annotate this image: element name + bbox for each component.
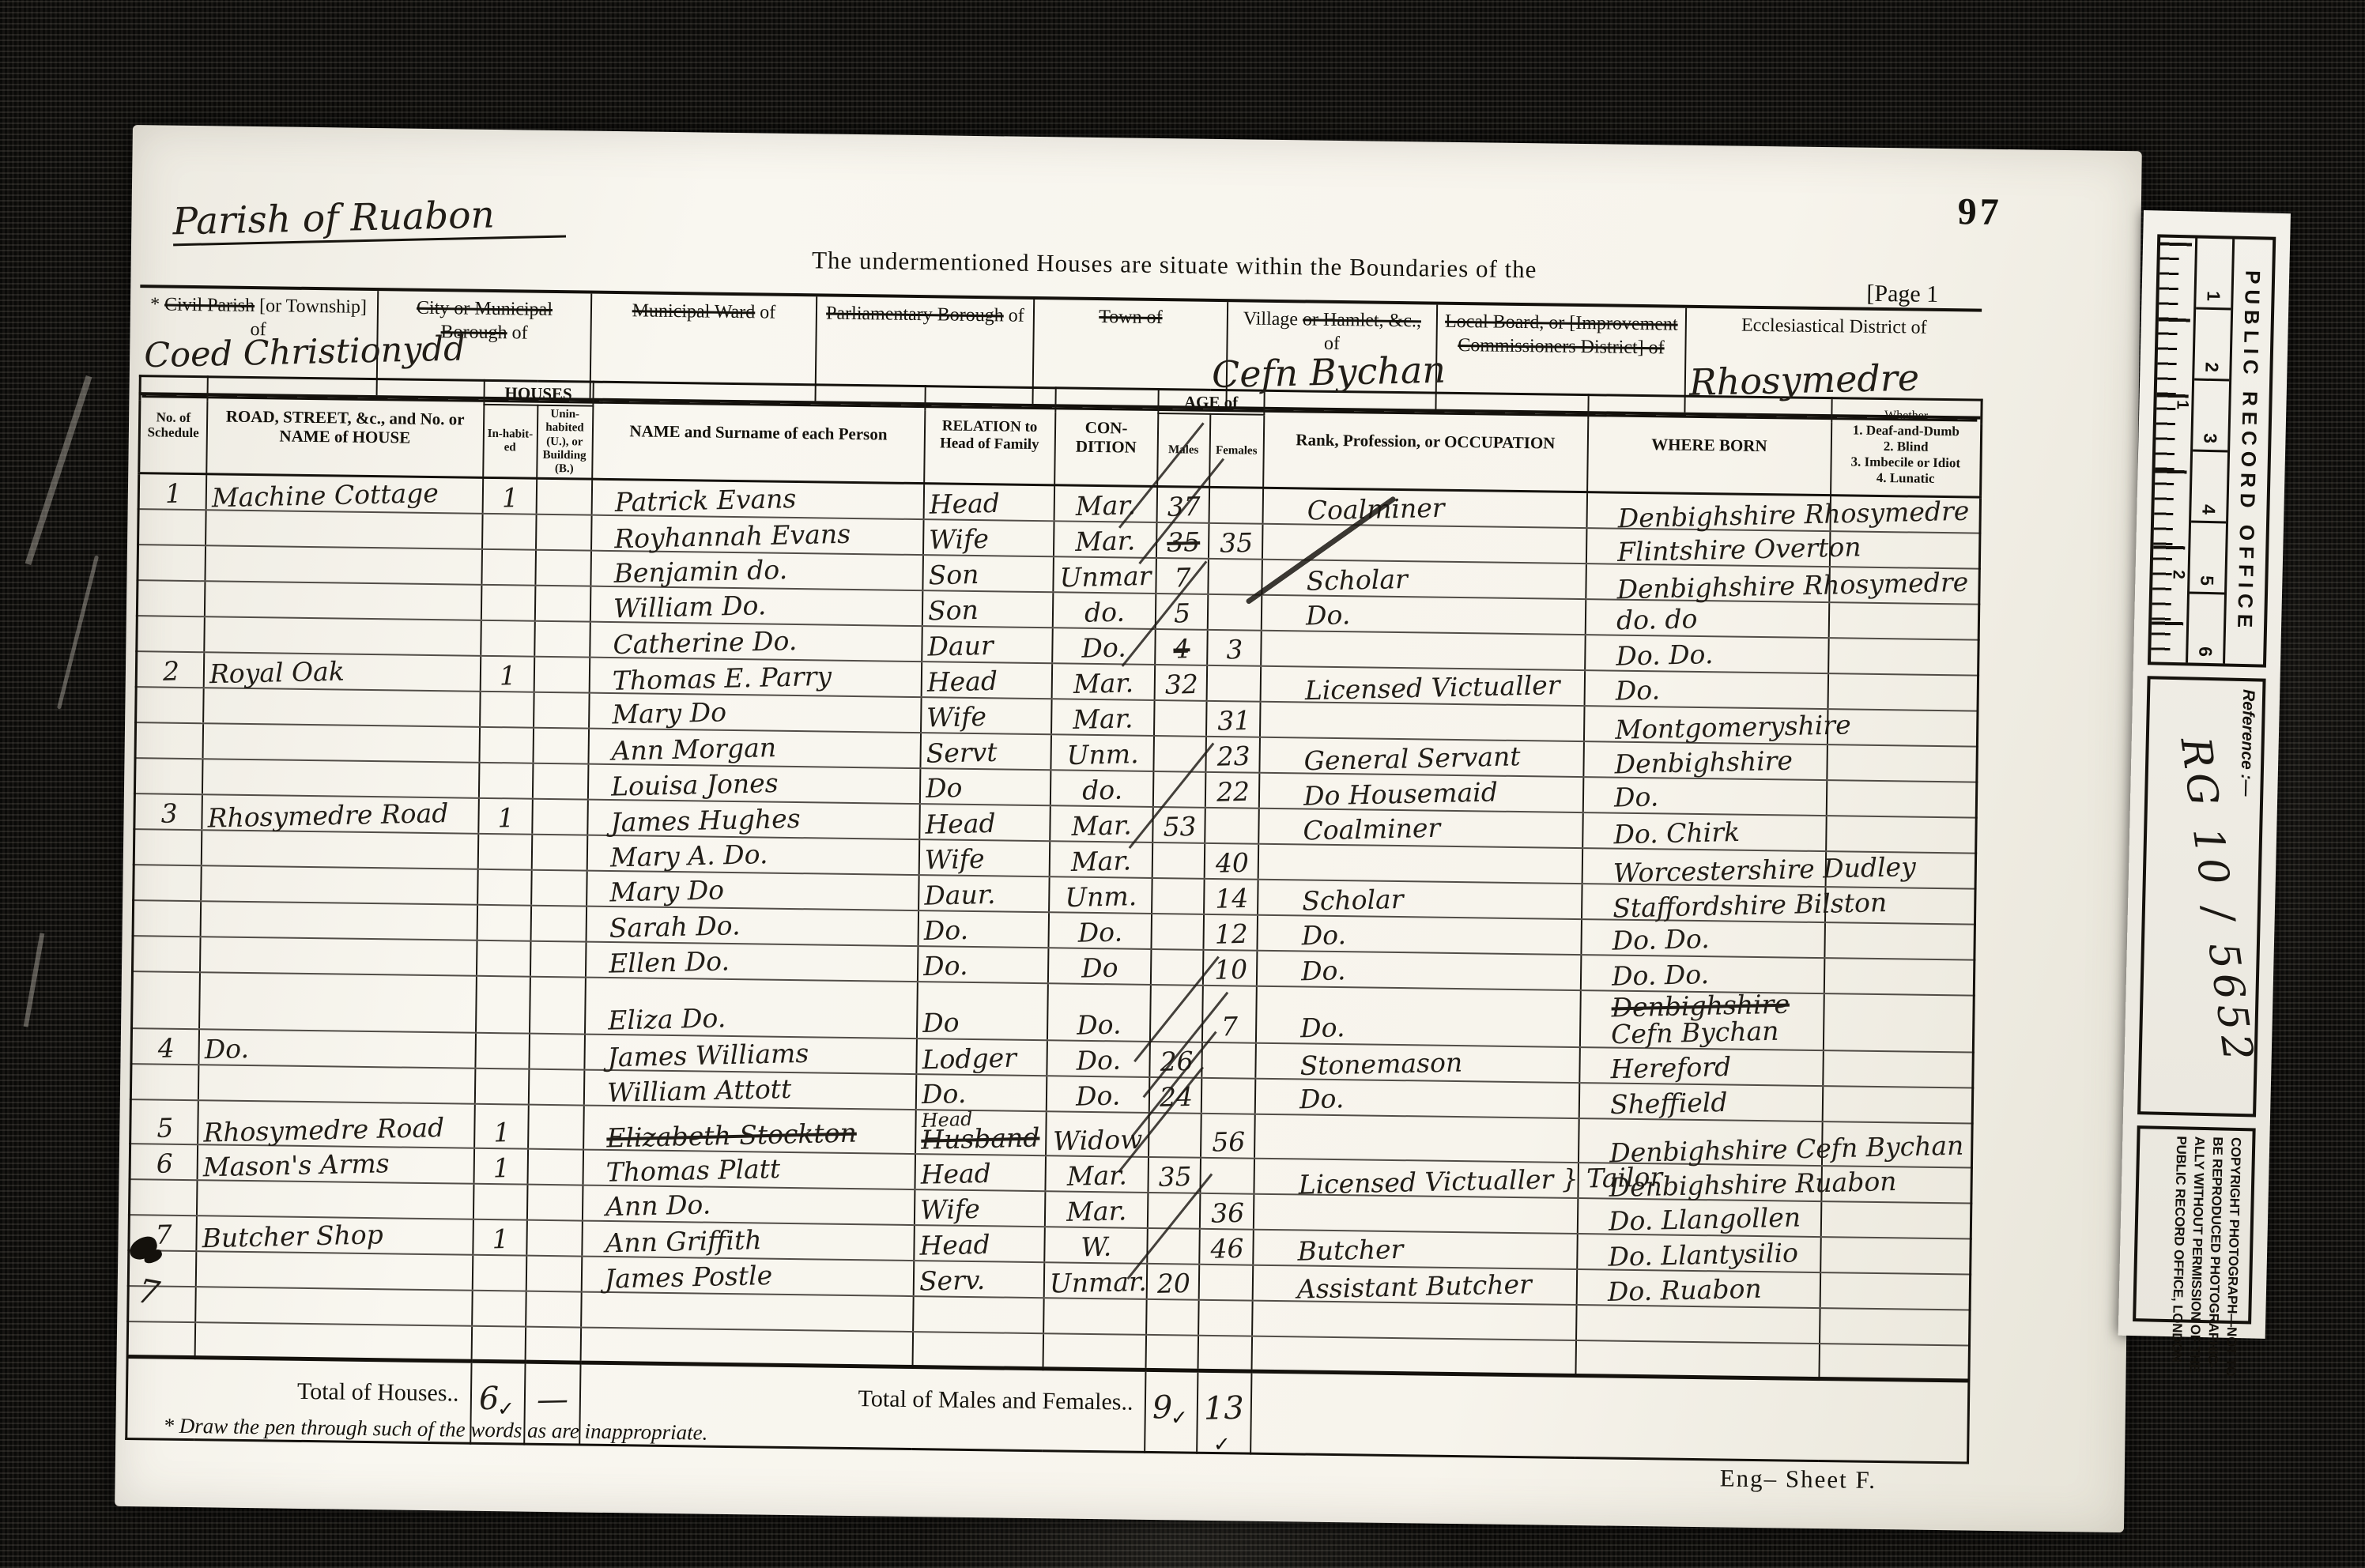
cell-where-born: do. do [1585,599,1829,638]
cell-age-female: 23 [1205,737,1260,773]
cell-house [201,865,478,905]
cell-relation: Servt [920,733,1051,770]
cell-condition: Mar. [1051,663,1155,700]
cell-age-female: 22 [1205,772,1259,808]
cell-where-born: Sheffield [1579,1083,1823,1121]
cell-relation: HeadHusband [915,1110,1047,1155]
cell-inhabited [477,905,531,941]
cell-relation [913,1296,1044,1333]
cell-where-born: Denbighshire Rhosymedre [1586,563,1830,602]
cell-age-male [1146,1299,1199,1336]
cell-age-female: 14 [1204,879,1258,915]
col-header-uninhabited: Unin-habited (U.), or Building (B.) [537,405,593,480]
ruler-cell: 5 [2190,522,2226,594]
cell-condition: Unm. [1049,876,1152,914]
cell-uninhabited [526,1256,582,1292]
total-females: 13✓ [1197,1371,1251,1454]
cell-relation: Head [919,804,1050,841]
cell-name: Benjamin do. [590,551,923,590]
cell-where-born: Denbighshire [1583,741,1827,780]
cell-where-born: Do. Do. [1581,919,1825,958]
cell-inhabited [475,1033,530,1069]
cell-infirmity [1826,780,1977,817]
cell-age-male: 35 [1156,522,1209,559]
cell-house [204,616,481,656]
cell-age-male [1149,1113,1201,1158]
cell-name: Ann Griffith [582,1220,915,1260]
cell-relation: Do [919,768,1050,805]
cell-infirmity [1823,1050,1974,1087]
cell-schedule [137,580,205,616]
cell-where-born: Flintshire Overton [1586,528,1830,567]
cell-occupation: Assistant Butcher [1252,1265,1577,1305]
cell-house: Mason's Arms [197,1144,474,1184]
header-box-label: Ecclesiastical District of [1693,313,1975,341]
cell-infirmity [1820,1237,1971,1274]
cell-inhabited [479,727,534,763]
cell-relation: Daur [922,626,1053,663]
cell-infirmity [1828,602,1979,639]
cell-infirmity [1819,1344,1970,1381]
cell-relation: Head [923,484,1054,521]
cell-schedule [133,900,201,937]
cell-name: William Do. [590,586,922,626]
cell-age-male: 4 [1155,629,1208,665]
cell-schedule [127,1321,195,1358]
cell-relation: Daur. [918,875,1050,912]
cell-name: Louisa Jones [587,763,920,803]
cell-schedule [129,1179,197,1216]
cell-uninhabited [528,1105,584,1150]
reference-box: Reference :— RG 10 / 5652 [2137,676,2266,1117]
col-header-road: ROAD, STREET, &c., and No. or NAME of HO… [206,377,485,478]
cell-house: Royal Oak [203,652,481,692]
cell-infirmity [1822,1086,1973,1123]
cell-age-female [1205,808,1259,844]
col-header-relation: RELATION to Head of Family [924,386,1056,486]
cell-inhabited [473,1184,527,1220]
ruler-cell: 6 [2188,594,2224,663]
cell-occupation: Do. [1255,986,1580,1047]
cell-relation: Wife [918,839,1050,876]
cell-inhabited [478,763,533,799]
infirmity-item: 4. Lunatic [1833,470,1978,488]
cell-occupation: Licensed Victualler [1260,666,1585,706]
cell-occupation: Stonemason [1255,1043,1580,1083]
ruler-cell: 3 [2193,381,2229,453]
pro-film-label: PUBLIC RECORD OFFICE 123456 1 2 Referenc… [2118,210,2291,1339]
cell-schedule [132,971,200,1029]
cell-condition: do. [1052,592,1156,629]
cell-uninhabited [529,977,585,1035]
cell-name: Mary A. Do. [587,835,919,874]
cell-where-born: Do. Chirk [1582,812,1827,851]
cell-relation: Son [922,555,1054,592]
cell-schedule: 4 [131,1028,199,1065]
cell-uninhabited [534,586,590,622]
check-icon: ✓ [1213,1433,1231,1457]
cell-condition: Mar. [1051,699,1155,736]
cell-age-female: 46 [1199,1229,1254,1265]
cell-name [581,1291,914,1331]
cell-relation: Head [914,1225,1045,1262]
cell-schedule [138,509,206,545]
cell-uninhabited [531,870,587,906]
col-header-occupation: Rank, Profession, or OCCUPATION [1263,390,1589,492]
cell-schedule [130,1064,198,1100]
ruler-cell: 4 [2191,451,2227,523]
cell-schedule [134,829,202,865]
cell-infirmity [1824,922,1975,959]
ruler-mark: 2 [2168,570,2187,579]
cell-age-female [1201,1078,1255,1114]
cell-schedule: 6 [130,1144,198,1180]
cell-infirmity [1824,958,1975,995]
cell-infirmity [1826,816,1977,853]
cell-name: Thomas E. Parry [589,658,922,697]
check-icon: ✓ [1171,1407,1188,1430]
header-box-label: Local Board, or [Improvement Commissione… [1443,310,1679,360]
cell-relation: Head [915,1154,1046,1191]
cell-uninhabited [531,835,587,871]
page-number: 97 [1957,190,2002,234]
cell-house [204,581,481,620]
cell-age-male [1152,878,1205,914]
cell-inhabited [481,549,536,586]
pro-ruler: PUBLIC RECORD OFFICE 123456 1 2 [2148,234,2276,667]
cell-age-female: 56 [1201,1114,1255,1159]
cell-uninhabited [536,514,592,551]
cell-age-male [1152,771,1205,808]
cell-age-female: 36 [1199,1193,1254,1230]
cell-schedule [132,936,200,972]
parish-handwritten: Parish of Ruabon [172,192,566,247]
cell-age-female: 31 [1206,701,1261,737]
cell-relation: Lodger [916,1038,1047,1076]
cell-occupation: Do. [1261,595,1586,635]
cell-age-female [1209,488,1263,524]
cell-name: Eliza Do. [585,977,918,1038]
col-header-inhabited: In-habit-ed [483,405,537,479]
totals-empty [1250,1372,1969,1464]
cell-occupation [1259,702,1584,741]
cell-condition: do. [1050,770,1153,807]
cell-house: Butcher Shop [196,1216,473,1255]
cell-age-male: 35 [1148,1157,1201,1193]
col-header-condition: CON-DITION [1054,388,1159,487]
cell-uninhabited [536,479,592,515]
cell-inhabited [477,834,532,870]
cell-name: Royhannah Evans [591,515,924,555]
cell-where-born: Denbighshire Cefn Bychan [1579,990,1824,1050]
col-header-schedule: No. of Schedule [139,376,208,474]
cell-house [195,1251,473,1291]
cell-inhabited: 1 [474,1104,529,1149]
cell-where-born: Do. [1584,670,1828,709]
cell-condition: Do. [1046,1076,1149,1113]
cell-inhabited [472,1255,526,1291]
cell-age-male: 32 [1154,665,1207,701]
cell-schedule: 3 [134,793,202,830]
sheet-label: Eng– Sheet F. [1720,1464,1877,1494]
col-header-houses: HOUSES [484,380,593,405]
cell-uninhabited [528,1069,584,1106]
cell-inhabited: 1 [480,656,534,692]
cell-occupation [1258,844,1582,884]
cell-relation: Wife [922,519,1054,556]
infirmity-title: Whether [1834,408,1979,424]
cell-age-female [1206,665,1261,702]
cell-where-born: Do. Ruabon [1576,1269,1820,1308]
cell-condition: Do [1047,948,1151,985]
cell-uninhabited [525,1327,581,1363]
cell-condition: Mar. [1053,521,1156,558]
cell-house [198,1065,475,1104]
cell-name: Mary Do [587,870,919,910]
header-box-value-handwritten: Rhosymedre [1688,356,1919,404]
cell-name: Ellen Do. [585,941,918,981]
cell-house: Rhosymedre Road [202,794,479,834]
cell-condition: Mar. [1044,1191,1148,1228]
cell-infirmity [1828,638,1979,675]
cell-schedule [138,545,206,581]
cell-house [206,510,483,549]
cell-age-male [1154,700,1207,737]
cell-relation: Do. [917,946,1048,983]
cell-house [200,901,477,940]
cell-name: James Postle [581,1256,914,1295]
col-header-born: WHERE BORN [1587,395,1832,496]
cell-age-male [1153,736,1206,772]
cell-occupation [1251,1336,1576,1376]
cell-relation: Do. [918,910,1049,948]
cell-condition: Mar. [1049,841,1152,878]
cell-where-born: Denbighshire Rhosymedre [1586,492,1831,531]
cell-inhabited: 1 [478,798,533,835]
cell-uninhabited [532,799,588,835]
cell-inhabited [474,1069,529,1105]
col-header-females: Females [1209,414,1264,488]
cell-relation: Wife [914,1189,1045,1227]
cell-occupation: General Servant [1259,737,1584,777]
cell-relation: Head [921,661,1052,699]
cell-occupation: Butcher [1253,1230,1578,1269]
cell-house [196,1180,473,1219]
cell-condition: Mar. [1054,485,1157,522]
cell-infirmity [1827,744,1978,782]
cell-age-male: 20 [1146,1264,1199,1300]
cell-name: Mary Do [589,693,922,733]
cell-schedule: 5 [130,1099,198,1144]
cell-house [203,688,481,727]
cell-condition [1043,1333,1146,1370]
cell-where-born: Do. [1582,777,1827,816]
cell-condition [1043,1298,1147,1335]
cell-name: Catherine Do. [590,622,922,661]
col-header-name: NAME and Surname of each Person [592,382,926,484]
ruler-mark: 1 [2172,400,2191,409]
pro-film-label-content: PUBLIC RECORD OFFICE 123456 1 2 Referenc… [2118,210,2291,1339]
cell-relation: Wife [921,697,1052,734]
cell-schedule [134,758,202,794]
reference-label: Reference :— [2236,689,2257,797]
cell-uninhabited [534,692,590,729]
cell-schedule [137,616,205,652]
cell-uninhabited [530,941,586,978]
cell-infirmity [1820,1308,1971,1345]
cell-inhabited [472,1291,526,1327]
cell-inhabited [482,514,537,550]
cell-house: Machine Cottage [206,474,483,514]
cell-where-born: Staffordshire Bilston [1582,884,1826,922]
sheet-title: The undermentioned Houses are situate wi… [621,243,1728,286]
cell-name: Elizabeth Stockton [583,1105,916,1153]
cell-inhabited [480,692,534,728]
census-table: No. of Schedule ROAD, STREET, &c., and N… [125,375,1982,1464]
cell-occupation: Do. [1256,951,1581,990]
cell-age-female [1198,1265,1253,1301]
cell-occupation [1261,631,1586,670]
cell-age-male: 5 [1155,594,1208,630]
ruler-cell: 1 [2196,239,2232,311]
cell-house [202,759,479,798]
cell-occupation [1252,1301,1577,1340]
cell-house: Rhosymedre Road [198,1100,475,1148]
cell-age-female: 12 [1203,914,1258,951]
header-box-value-handwritten: Cefn Bychan [1211,349,1446,396]
cell-uninhabited [534,621,590,658]
cell-age-male [1152,842,1205,879]
copyright-box: COPYRIGHT PHOTOGRAPH—NOT TO BE REPRODUCE… [2133,1125,2256,1324]
header-box-label: Town of [1041,304,1220,330]
page-bracket: [Page 1 [1866,281,1938,308]
cell-occupation: Coalminer [1258,808,1583,848]
cell-infirmity [1820,1272,1971,1310]
cell-age-male [1150,949,1203,986]
cell-where-born [1575,1340,1820,1379]
cell-relation: Serv. [913,1261,1044,1298]
cell-condition: Mar. [1045,1155,1149,1193]
cell-inhabited [477,869,532,906]
cell-house [201,830,478,869]
cell-uninhabited [527,1149,583,1185]
cell-age-female [1201,1042,1256,1079]
cell-infirmity [1827,673,1978,710]
cell-condition: Unmar. [1043,1262,1147,1299]
cell-uninhabited [530,906,587,942]
cell-house [199,937,477,976]
cell-house [205,545,482,585]
cell-relation: Son [922,590,1053,628]
cell-age-female: 35 [1208,523,1262,560]
cell-name: Thomas Platt [583,1149,915,1189]
cell-age-male: 37 [1156,487,1209,523]
cell-inhabited [476,976,530,1034]
cell-occupation: Licensed Victualler } Tailor [1254,1159,1579,1198]
cell-house [202,723,480,763]
infirmity-item: 3. Imbecile or Idiot [1833,454,1978,472]
cell-schedule: 1 [138,473,206,510]
cell-inhabited [476,940,530,977]
header-box-value-handwritten: Coed Christionydd [144,329,466,375]
cell-schedule [136,687,204,723]
cell-condition: Do. [1048,912,1152,949]
cell-occupation: Do. [1254,1079,1579,1118]
cell-house [195,1287,473,1326]
cell-relation [912,1332,1043,1369]
cell-schedule: 2 [136,651,204,688]
cell-occupation: Scholar [1258,880,1582,919]
cell-age-male: 53 [1152,807,1205,843]
cell-uninhabited [529,1034,585,1070]
total-males: 9✓ [1145,1370,1198,1453]
cell-house: Do. [198,1029,476,1069]
cell-where-born [1576,1305,1820,1344]
cell-name: James Williams [584,1034,917,1073]
cell-infirmity [1823,993,1974,1052]
cell-uninhabited [526,1220,583,1257]
cell-where-born: Worcestershire Dudley [1582,848,1826,887]
cell-uninhabited [533,728,589,764]
cell-age-male [1151,914,1204,950]
cell-inhabited: 1 [473,1219,527,1256]
cell-name: Ann Do. [582,1185,915,1224]
cell-inhabited: 1 [473,1148,528,1185]
cell-age-female: 3 [1207,630,1262,666]
header-box-label: Municipal Ward of [598,299,809,325]
cell-schedule [135,722,203,759]
cell-condition: Do. [1047,983,1150,1042]
cell-inhabited [481,585,535,621]
cell-where-born: Hereford [1579,1047,1824,1086]
cell-age-female [1198,1300,1253,1336]
cell-where-born: Do. Llantysilio [1577,1234,1821,1272]
cell-schedule [134,865,202,901]
cell-occupation: Do Housemaid [1258,773,1583,812]
col-header-infirmity: Whether 1. Deaf-and-Dumb 2. Blind 3. Imb… [1831,398,1982,498]
cell-relation: Do. [915,1074,1047,1111]
cell-occupation: Scholar [1262,560,1586,599]
cell-where-born: Montgomeryshire [1583,706,1827,744]
cell-infirmity [1820,1201,1971,1238]
header-box-label: Parliamentary Borough of [824,301,1027,327]
cell-name: Ann Morgan [588,729,921,768]
cell-where-born: Do. Do. [1585,635,1829,673]
cell-uninhabited [526,1291,582,1328]
cell-uninhabited [526,1185,583,1221]
cell-where-born: Denbighshire Cefn Bychan [1578,1118,1822,1166]
cell-name: William Attott [583,1069,916,1109]
cell-where-born: Do. Llangollen [1577,1198,1821,1237]
cell-uninhabited [535,550,591,586]
cell-age-female [1208,559,1262,595]
cell-occupation [1254,1114,1579,1163]
cell-house [199,972,477,1033]
cell-inhabited: 1 [482,478,537,514]
cell-relation: Do [916,982,1047,1040]
infirmity-item: 1. Deaf-and-Dumb [1834,422,1979,439]
cell-house [194,1322,472,1362]
cell-condition: Unm. [1050,734,1154,771]
cell-age-female: 40 [1204,843,1258,880]
cell-inhabited [471,1326,526,1363]
cell-age-male [1145,1335,1198,1371]
ruler-cell: 2 [2194,310,2231,382]
infirmity-item: 2. Blind [1833,439,1978,456]
cell-age-female [1198,1336,1252,1372]
cell-inhabited [481,620,535,657]
cell-occupation: Coalminer [1262,488,1587,528]
